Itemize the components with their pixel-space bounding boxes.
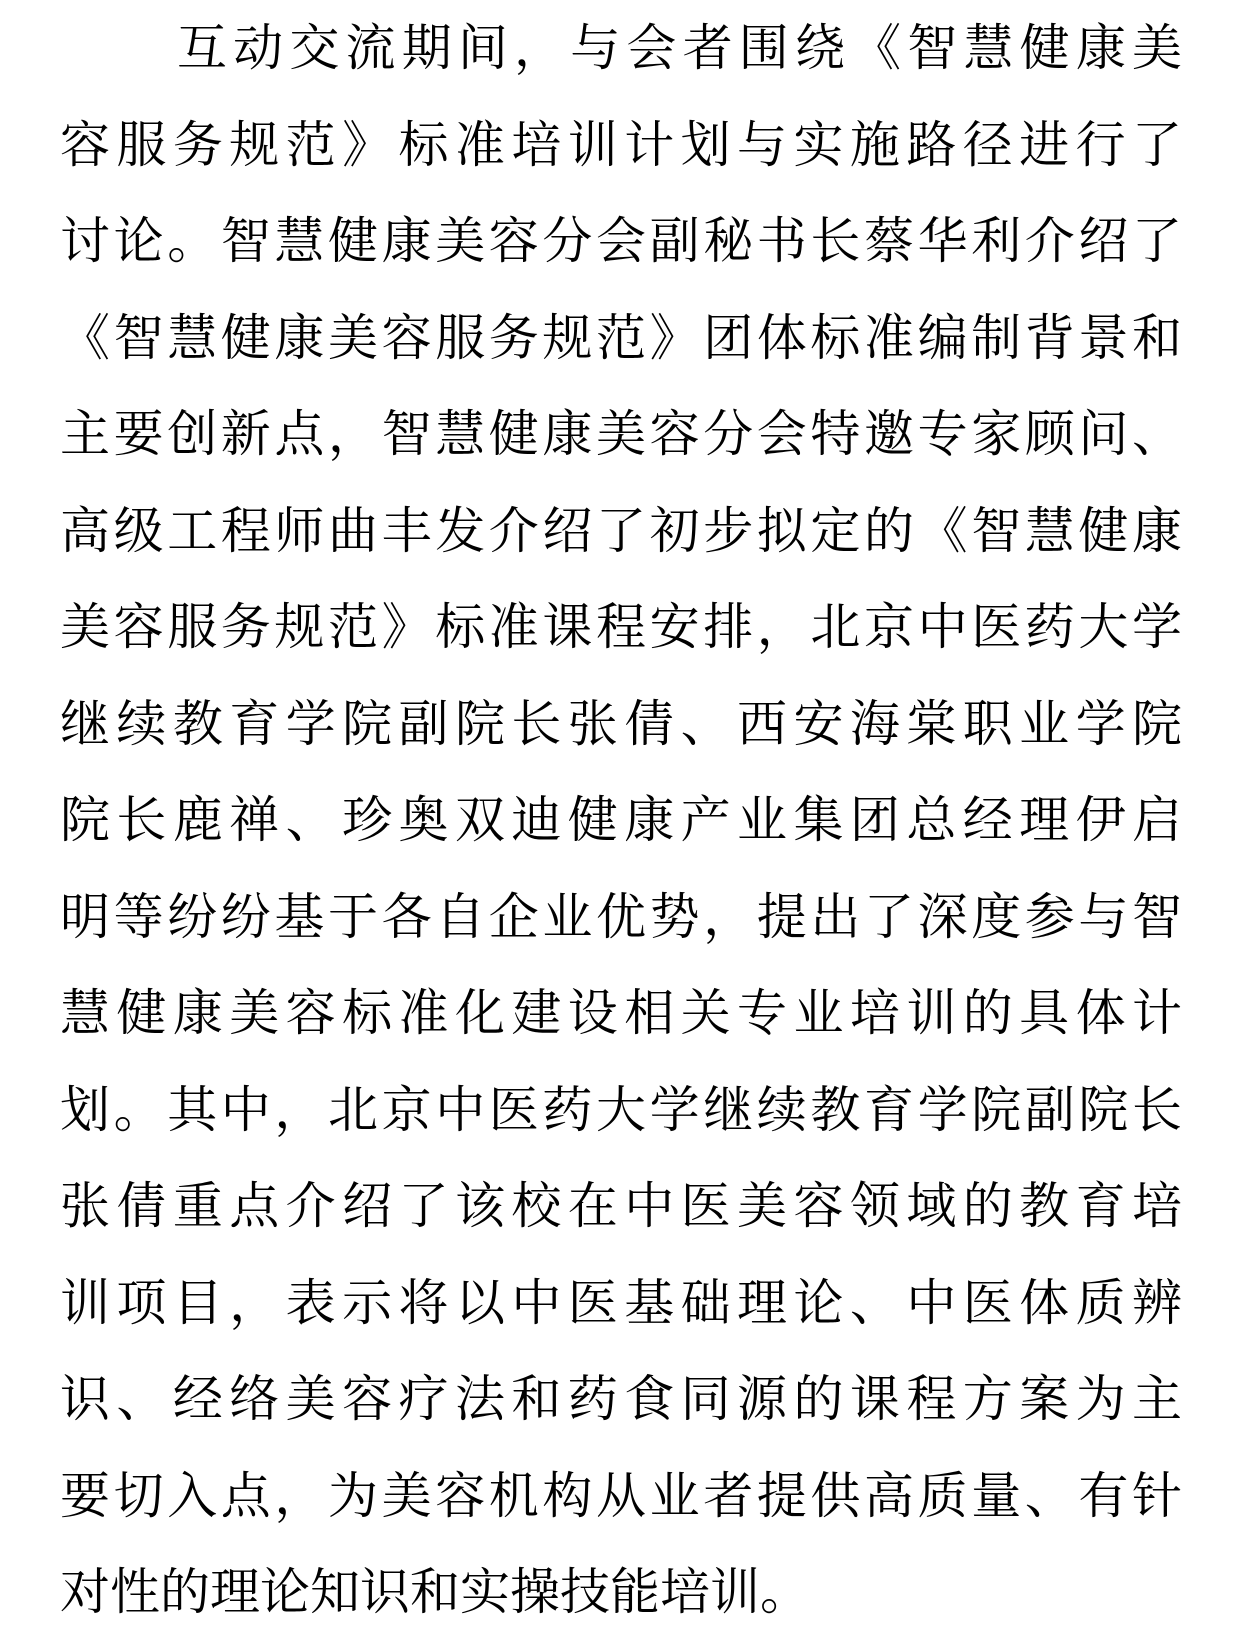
paragraph-line: 对性的理论知识和实操技能培训。 bbox=[60, 1544, 1182, 1641]
document-page: 互动交流期间，与会者围绕《智慧健康美容服务规范》标准培训计划与实施路径进行了讨论… bbox=[0, 0, 1239, 1641]
paragraph-line: 慧健康美容标准化建设相关专业培训的具体计 bbox=[60, 965, 1182, 1062]
paragraph-line: 美容服务规范》标准课程安排，北京中医药大学 bbox=[60, 579, 1182, 676]
paragraph-line: 张倩重点介绍了该校在中医美容领域的教育培 bbox=[60, 1158, 1182, 1255]
paragraph-line: 识、经络美容疗法和药食同源的课程方案为主 bbox=[60, 1351, 1182, 1448]
paragraph-line: 院长鹿禅、珍奥双迪健康产业集团总经理伊启 bbox=[60, 772, 1182, 869]
article-paragraph: 互动交流期间，与会者围绕《智慧健康美容服务规范》标准培训计划与实施路径进行了讨论… bbox=[0, 0, 1239, 1641]
paragraph-line: 主要创新点，智慧健康美容分会特邀专家顾问、 bbox=[60, 386, 1182, 483]
paragraph-line: 训项目，表示将以中医基础理论、中医体质辨 bbox=[60, 1255, 1182, 1352]
paragraph-line: 容服务规范》标准培训计划与实施路径进行了 bbox=[60, 97, 1182, 194]
paragraph-line: 明等纷纷基于各自企业优势，提出了深度参与智 bbox=[60, 869, 1182, 966]
paragraph-line: 互动交流期间，与会者围绕《智慧健康美 bbox=[60, 0, 1182, 97]
paragraph-line: 《智慧健康美容服务规范》团体标准编制背景和 bbox=[60, 290, 1182, 387]
paragraph-line: 讨论。智慧健康美容分会副秘书长蔡华利介绍了 bbox=[60, 193, 1182, 290]
paragraph-line: 高级工程师曲丰发介绍了初步拟定的《智慧健康 bbox=[60, 483, 1182, 580]
paragraph-line: 划。其中，北京中医药大学继续教育学院副院长 bbox=[60, 1062, 1182, 1159]
paragraph-line: 继续教育学院副院长张倩、西安海棠职业学院 bbox=[60, 676, 1182, 773]
paragraph-line: 要切入点，为美容机构从业者提供高质量、有针 bbox=[60, 1448, 1182, 1545]
